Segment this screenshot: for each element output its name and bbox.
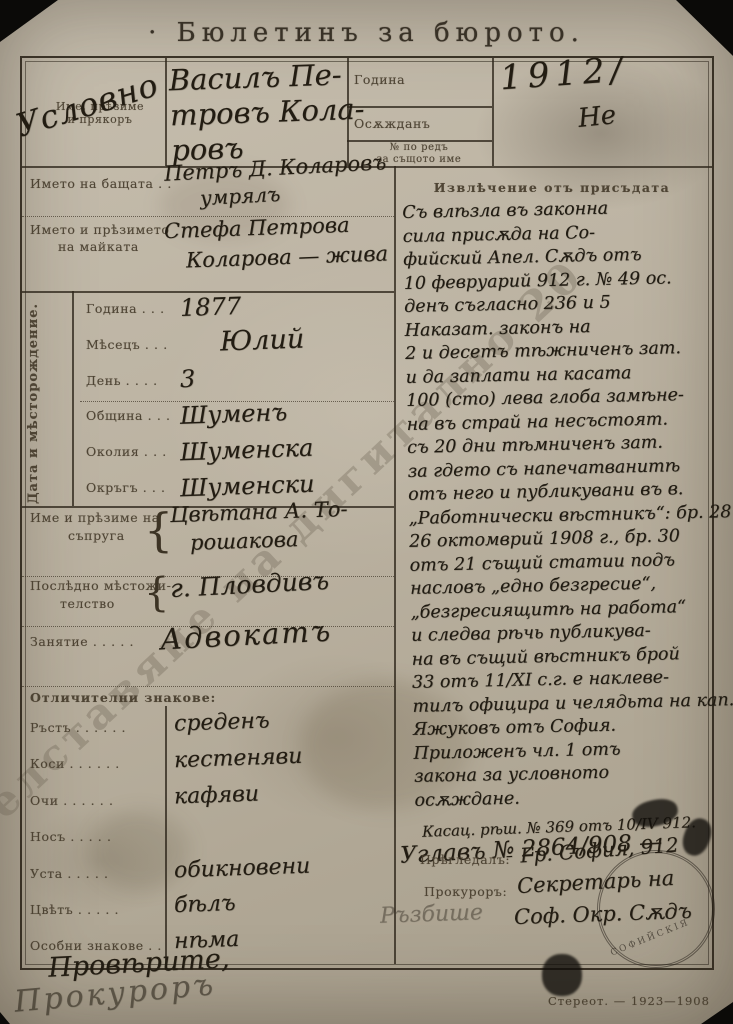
birth-section-label: Дата и мѣсторождение.: [26, 292, 41, 504]
birth-row-value: 1877: [180, 292, 242, 322]
mother-value-line2: Коларова — жива: [186, 241, 389, 272]
marks-row: Очи . . . . . . кафяви: [22, 782, 394, 818]
birth-row-label: Година . . .: [86, 301, 165, 316]
divider: [22, 686, 394, 687]
mother-label-line2: на майката: [58, 239, 139, 254]
birth-row-value: Шуменъ: [180, 399, 288, 431]
order-label-line2: за същото име: [377, 154, 462, 165]
marks-row: Уста . . . . . обикновени: [22, 855, 394, 891]
faint-signature: Ръзбише: [380, 900, 484, 929]
birth-row-label: День . . . .: [86, 373, 158, 388]
birth-row-label: Община . . .: [86, 408, 171, 423]
marks-row-value: среденъ: [174, 708, 270, 736]
brace-glyph: {: [144, 503, 173, 557]
divider: [165, 58, 167, 166]
mother-value-line1: Стефа Петрова: [164, 213, 350, 243]
reviewed-label: Прѣгледалъ:: [420, 852, 510, 867]
document-photo: елставяне на дигитално 20 · Бюлетинъ за …: [0, 0, 733, 1024]
marks-row-value: кестеняви: [174, 744, 303, 773]
birth-row-value: 3: [180, 364, 196, 393]
order-label-line1: № по редъ: [390, 142, 449, 153]
extract-text: Съ влѣзла въ законна сила присѫда на Со-…: [402, 196, 721, 813]
birth-row: Околия . . . Шуменска: [80, 434, 394, 470]
marks-row-label: Коси . . . . . .: [30, 756, 120, 771]
marks-row: Коси . . . . . . кестеняви: [22, 745, 394, 781]
birth-row-value: Шуменски: [180, 470, 315, 503]
father-label: Името на бащата . .: [30, 176, 172, 191]
marks-rows: Ръстъ . . . . . . среденъ Коси . . . . .…: [22, 709, 394, 964]
birth-row-label: Мѣсецъ . . .: [86, 337, 168, 352]
conditional-overwrite: Условно: [12, 65, 163, 144]
paper-sheet: елставяне на дигитално 20 · Бюлетинъ за …: [0, 0, 733, 1024]
divider: [492, 58, 494, 166]
divider: [347, 106, 492, 108]
marks-row: Носъ . . . . .: [22, 818, 394, 854]
marks-row-value: кафяви: [174, 781, 260, 809]
birth-row-value: Шуменска: [180, 434, 314, 467]
spouse-value-line2: рошакова: [190, 527, 299, 555]
spouse-value-line1: Цвѣтана А. То-: [170, 497, 348, 527]
stamp-text: СОФИЙСКІЯ: [609, 918, 691, 959]
marks-row-label: Ръстъ . . . . . .: [30, 720, 126, 735]
marks-row-label: Носъ . . . . .: [30, 829, 112, 844]
extract-header: Извлѣчение отъ присъдата: [402, 180, 702, 195]
mother-label-line1: Името и прѣзимето: [30, 222, 170, 237]
marks-row-label: Цвѣтъ . . . . .: [30, 902, 119, 917]
convicted-value: Не: [577, 100, 618, 134]
marks-row: Цвѣтъ . . . . . бѣлъ: [22, 891, 394, 927]
prosecutor-label: Прокуроръ:: [424, 884, 507, 899]
marks-row-label: Уста . . . . .: [30, 866, 109, 881]
year-label: Година: [354, 72, 405, 87]
marks-row-value: бѣлъ: [174, 891, 236, 918]
birth-row: День . . . . 3: [80, 363, 394, 399]
print-mark: Стереот. — 1923—1908: [548, 994, 710, 1008]
marks-section-label: Отличителни знакове:: [30, 690, 216, 705]
spouse-label-line2: съпруга: [68, 528, 125, 543]
occupation-value: Адвокатъ: [159, 614, 333, 657]
divider: [72, 291, 74, 506]
form-table: Име, прѣзиме и прякоръ Условно Василъ Пе…: [20, 56, 714, 970]
father-value-line2: умрялъ: [199, 182, 280, 210]
marks-row-value: обикновени: [174, 853, 311, 883]
page-title: · Бюлетинъ за бюрото.: [0, 18, 733, 48]
court-round-stamp: СОФИЙСКІЯ: [597, 850, 715, 968]
residence-value: г. Пловдивъ: [169, 566, 329, 603]
name-line: Василъ Пе-: [168, 57, 342, 97]
spouse-label-line1: Име и прѣзиме на: [30, 510, 160, 525]
extract-divider: [394, 166, 396, 964]
ink-smudge: [542, 954, 582, 996]
name-line: тровъ Кола-: [169, 92, 364, 133]
convicted-label: Осѫжданъ: [354, 116, 430, 131]
birth-row-label: Окръгъ . . .: [86, 480, 166, 495]
birth-rows: Година . . . 1877 Мѣсецъ . . . Юлий День…: [80, 291, 394, 506]
birth-row: Мѣсецъ . . . Юлий: [80, 327, 394, 363]
birth-row-value: Юлий: [219, 323, 304, 357]
birth-row-label: Околия . . .: [86, 444, 167, 459]
residence-label-line2: телство: [60, 596, 115, 611]
occupation-label: Занятие . . . . .: [30, 634, 134, 649]
marks-row: Ръстъ . . . . . . среденъ: [22, 709, 394, 745]
year-value: 1912/: [499, 50, 629, 99]
prosecutor-signature: Прокуроръ: [13, 967, 217, 1019]
birth-row: Година . . . 1877: [80, 291, 394, 327]
brace-glyph: {: [144, 570, 169, 616]
marks-row-label: Очи . . . . . .: [30, 793, 114, 808]
birth-row: Община . . . Шуменъ: [80, 398, 394, 434]
person-name-value: Василъ Пе- тровъ Кола- ровъ: [168, 57, 366, 169]
